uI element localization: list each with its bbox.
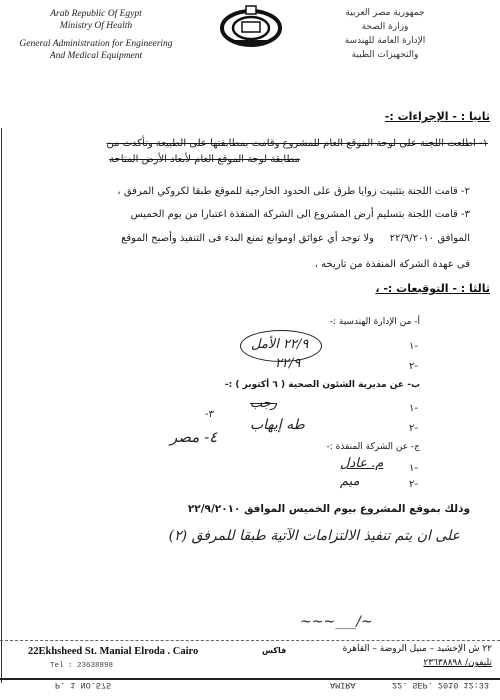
signature-c1-number: -١ bbox=[409, 462, 418, 476]
ministry-emblem-icon bbox=[220, 4, 282, 48]
signature-b3: ٤- مصر bbox=[170, 428, 217, 446]
procedure-item-1-line-1: ١- اطلعت اللجنة على لوحة الموقع العام لل… bbox=[106, 137, 488, 151]
procedure-item-3-line-3: فى عهدة الشركة المنفذة من تاريخه ، bbox=[315, 258, 470, 272]
signature-b3-number: -٣ bbox=[205, 408, 214, 422]
letterhead-ministry: Ministry Of Health bbox=[6, 20, 186, 32]
signatures-group-a-label: أ- من الإدارة الهندسية :- bbox=[330, 315, 420, 329]
page-border-left bbox=[1, 128, 3, 683]
letterhead-department: General Administration for Engineering bbox=[6, 38, 186, 50]
letterhead-department-2-ar: والتجهيزات الطبية bbox=[310, 48, 460, 62]
letterhead-department-2: And Medical Equipment bbox=[6, 50, 186, 62]
section-signatures-title: ثالثا : - التوقيعات :- ، bbox=[375, 282, 490, 295]
signatures-group-b-label: ب- عن مديرية الشئون الصحية ( ٦ أكتوبر ) … bbox=[225, 378, 420, 392]
signature-b2: طه إيهاب bbox=[250, 417, 305, 433]
signature-b1: رجب bbox=[250, 396, 277, 411]
footer-phone-english: Tel : 23638898 bbox=[50, 662, 113, 670]
procedure-item-3-date: الموافق ٢٢/٩/٢٠١٠ bbox=[390, 233, 470, 244]
letterhead-english: Arab Republic Of Egypt Ministry Of Healt… bbox=[6, 8, 186, 62]
fax-page-number: P. 1 NO.575 bbox=[55, 680, 111, 690]
procedure-item-3-line-1: ٣- قامت اللجنة بتسليم أرض المشروع الى ال… bbox=[131, 208, 470, 222]
signature-c1: م. عادل bbox=[340, 456, 383, 471]
signature-c2-number: -٢ bbox=[409, 478, 418, 492]
fax-sender: AMIRA bbox=[330, 680, 356, 690]
footer-address-ar-line1: ٢٢ ش الإخشيد – منيل الروضة – القاهرة bbox=[343, 642, 492, 656]
section-procedures-title: ثانيا : - الإجراءات :- bbox=[385, 110, 490, 123]
letterhead-country: Arab Republic Of Egypt bbox=[6, 8, 186, 20]
signature-c2: ميم bbox=[340, 474, 360, 489]
procedure-item-1-line-2: مطابقة لوحة الموقع العام لأبعاد الأرض ال… bbox=[109, 153, 300, 167]
footer-divider bbox=[0, 640, 500, 641]
letterhead-country-ar: جمهورية مصر العربية bbox=[310, 6, 460, 20]
signature-a2-number: -٢ bbox=[409, 360, 418, 374]
procedure-item-3-line-2: الموافق ٢٢/٩/٢٠١٠ ولا توجد أي عوائق اومو… bbox=[121, 232, 470, 246]
procedure-item-3-rest: ولا توجد أي عوائق اوموانع تمنع البدء فى … bbox=[121, 233, 374, 244]
procedure-item-2: ٢- قامت اللجنة بتثبيت زوايا طرق على الحد… bbox=[117, 185, 470, 199]
letterhead-arabic: جمهورية مصر العربية وزارة الصحة الإدارة … bbox=[310, 6, 460, 62]
signature-a2: ٢٢/٩ bbox=[275, 356, 300, 371]
signature-b2-number: -٢ bbox=[409, 422, 418, 436]
footer-fax-label: فاكس bbox=[262, 646, 286, 655]
signature-b1-number: -١ bbox=[409, 402, 418, 416]
footer-address-english: 22Ekhsheed St. Manial Elroda . Cairo bbox=[28, 646, 198, 657]
footer-address-arabic: ٢٢ ش الإخشيد – منيل الروضة – القاهرة تلي… bbox=[343, 642, 492, 670]
footer-phone-arabic: تليفون/ ٢٣٦٣٨٨٩٨ bbox=[343, 656, 492, 670]
fax-timestamp: 22. SEP. 2010 12:33 bbox=[392, 680, 489, 690]
signature-a1-number: -١ bbox=[409, 340, 418, 354]
letterhead-department-ar: الإدارة العامة للهندسة bbox=[310, 34, 460, 48]
letterhead-ministry-ar: وزارة الصحة bbox=[310, 20, 460, 34]
signatures-group-c-label: ج- عن الشركة المنفذة :- bbox=[326, 440, 420, 454]
closing-statement: وذلك بموقع المشروع بيوم الخميس الموافق ٢… bbox=[188, 502, 470, 516]
bottom-signature: ~~~___/~ bbox=[300, 614, 373, 630]
closing-handwritten-note: على ان يتم تنفيذ الالتزامات الآتية طبقا … bbox=[169, 528, 460, 544]
